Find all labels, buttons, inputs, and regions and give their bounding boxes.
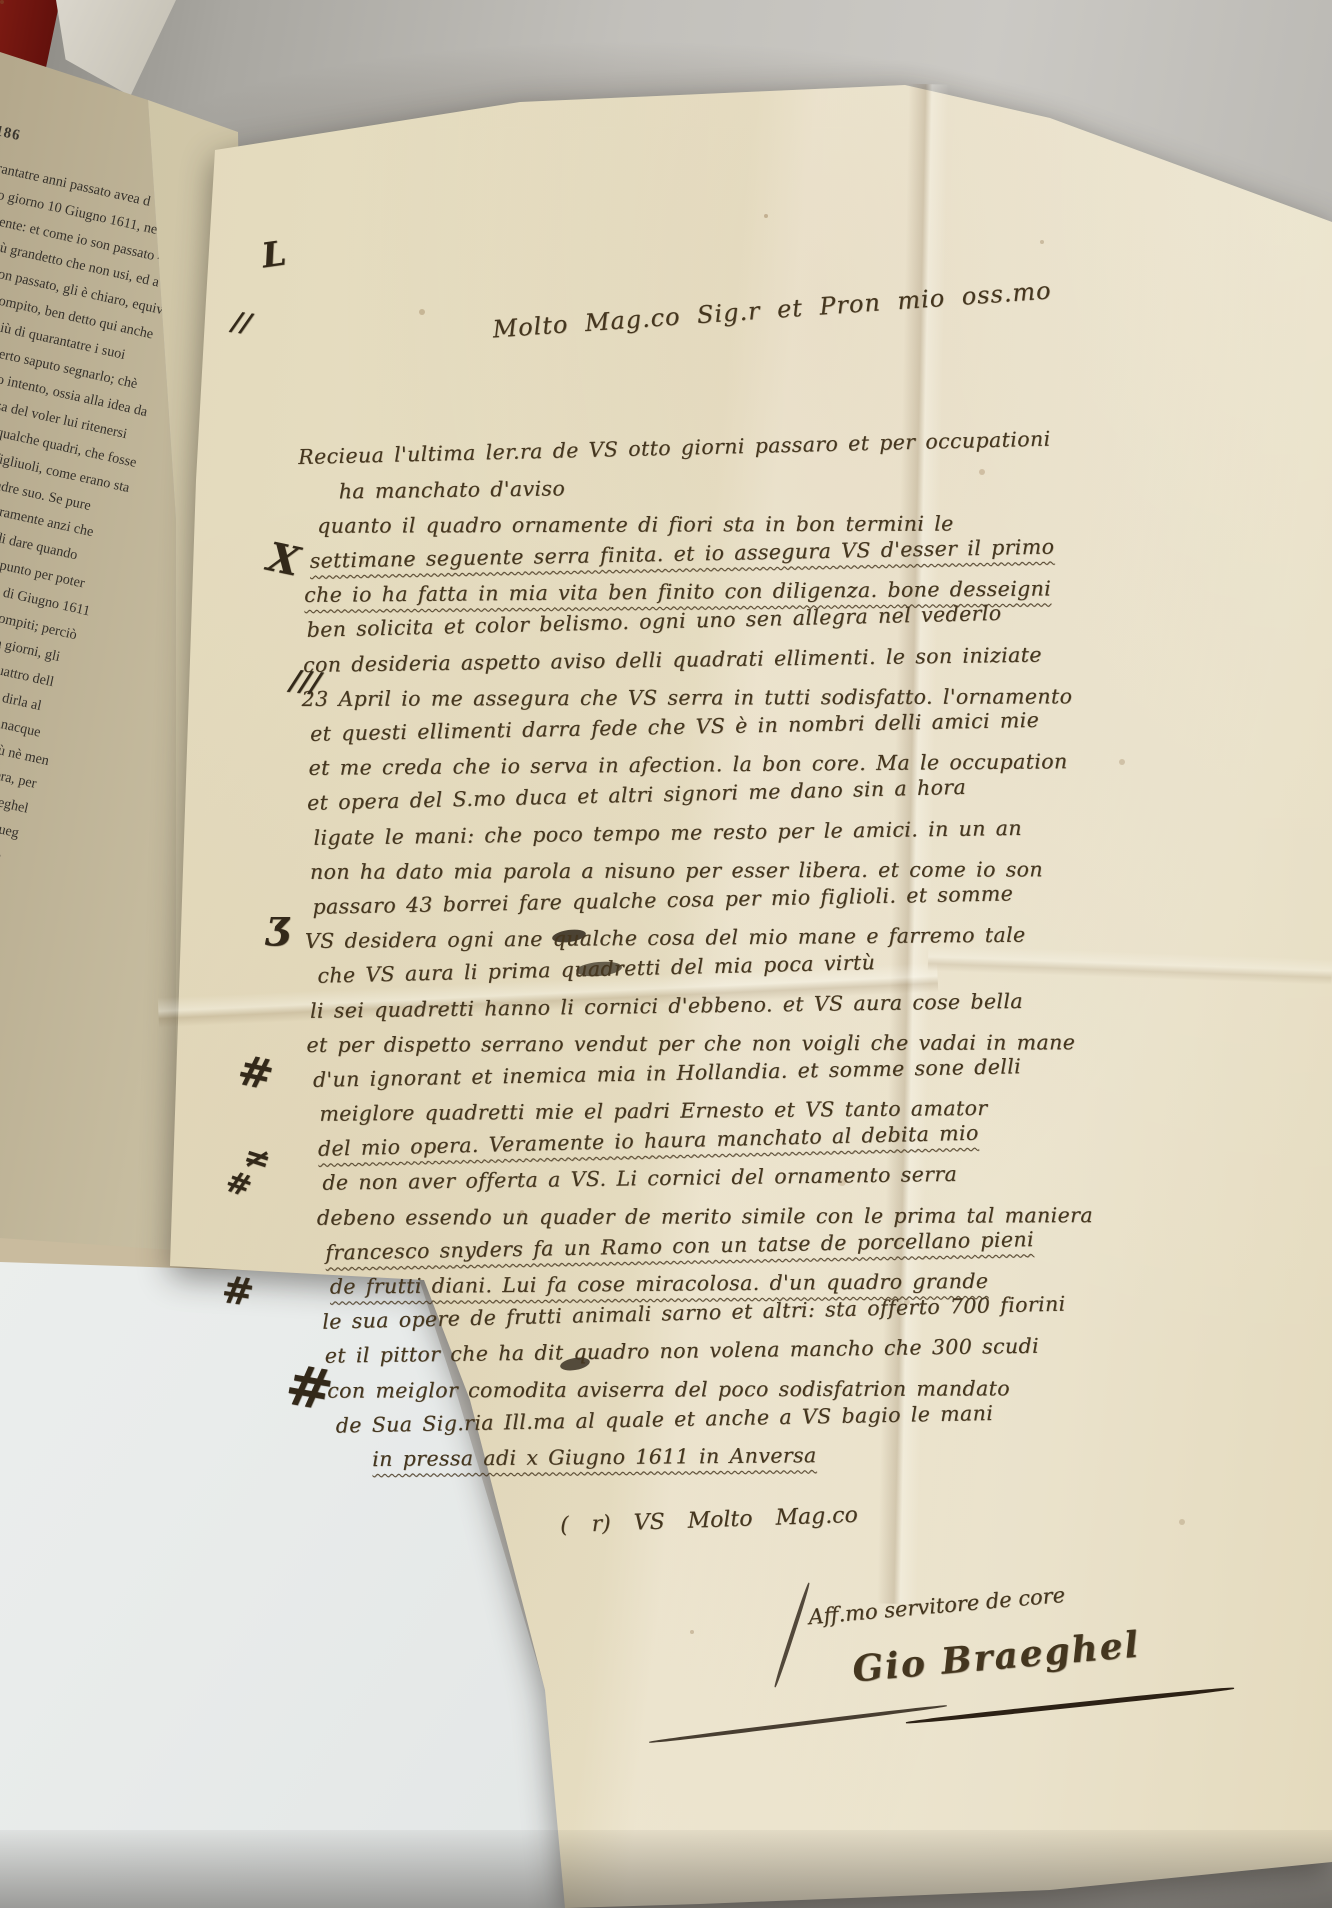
photo-of-book-and-letter: 186 Quarantatre anni passato avea dquest… [0, 0, 1332, 1908]
margin-mark: # [222, 1167, 256, 1204]
margin-marks: L//X///ʒ#≠### [0, 0, 1332, 1908]
margin-mark: // [230, 309, 252, 337]
margin-mark: ʒ [266, 905, 289, 945]
margin-mark: # [234, 1049, 277, 1097]
margin-mark: L [260, 237, 288, 274]
margin-mark: # [220, 1270, 257, 1312]
margin-mark: # [281, 1356, 337, 1419]
margin-mark: /// [289, 666, 322, 697]
margin-mark: X [264, 537, 303, 583]
bottom-shadow [0, 1830, 1332, 1908]
